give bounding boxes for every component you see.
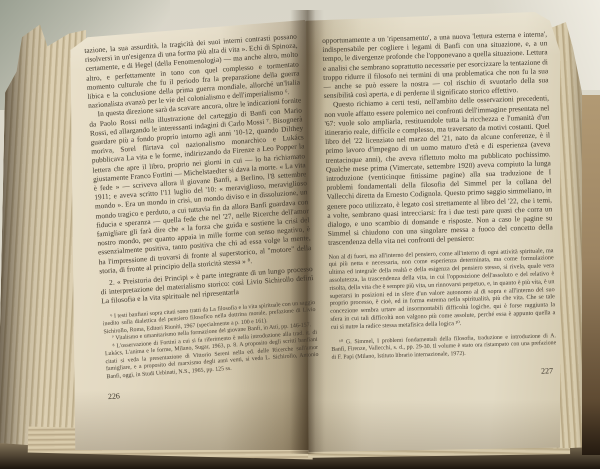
footnotes-block: ¹⁰ G. Simmel, I problemi fondamentali de…: [331, 333, 557, 362]
paragraph: opportunamente a un 'ripensamento', a un…: [322, 29, 549, 100]
open-book-photo: tazione, la sua assurdità, la tragicità …: [0, 0, 600, 469]
paragraph: In questa direzione sarà da scavare anco…: [88, 96, 312, 276]
book-cover-edge: [582, 95, 600, 455]
block-quote: Non al di fuori, ma all'interno del pens…: [328, 247, 555, 332]
paragraph: Questo richiamo a certi testi, nell'ambi…: [324, 94, 553, 248]
left-page-text: tazione, la sua assurdità, la tragicità …: [84, 32, 321, 402]
footnotes-block: ⁶ I testi banfiani sopra citati sono tra…: [102, 300, 319, 382]
footnote: ¹⁰ G. Simmel, I problemi fondamentali de…: [331, 333, 557, 362]
right-page-text: opportunamente a un 'ripensamento', a un…: [322, 29, 557, 382]
